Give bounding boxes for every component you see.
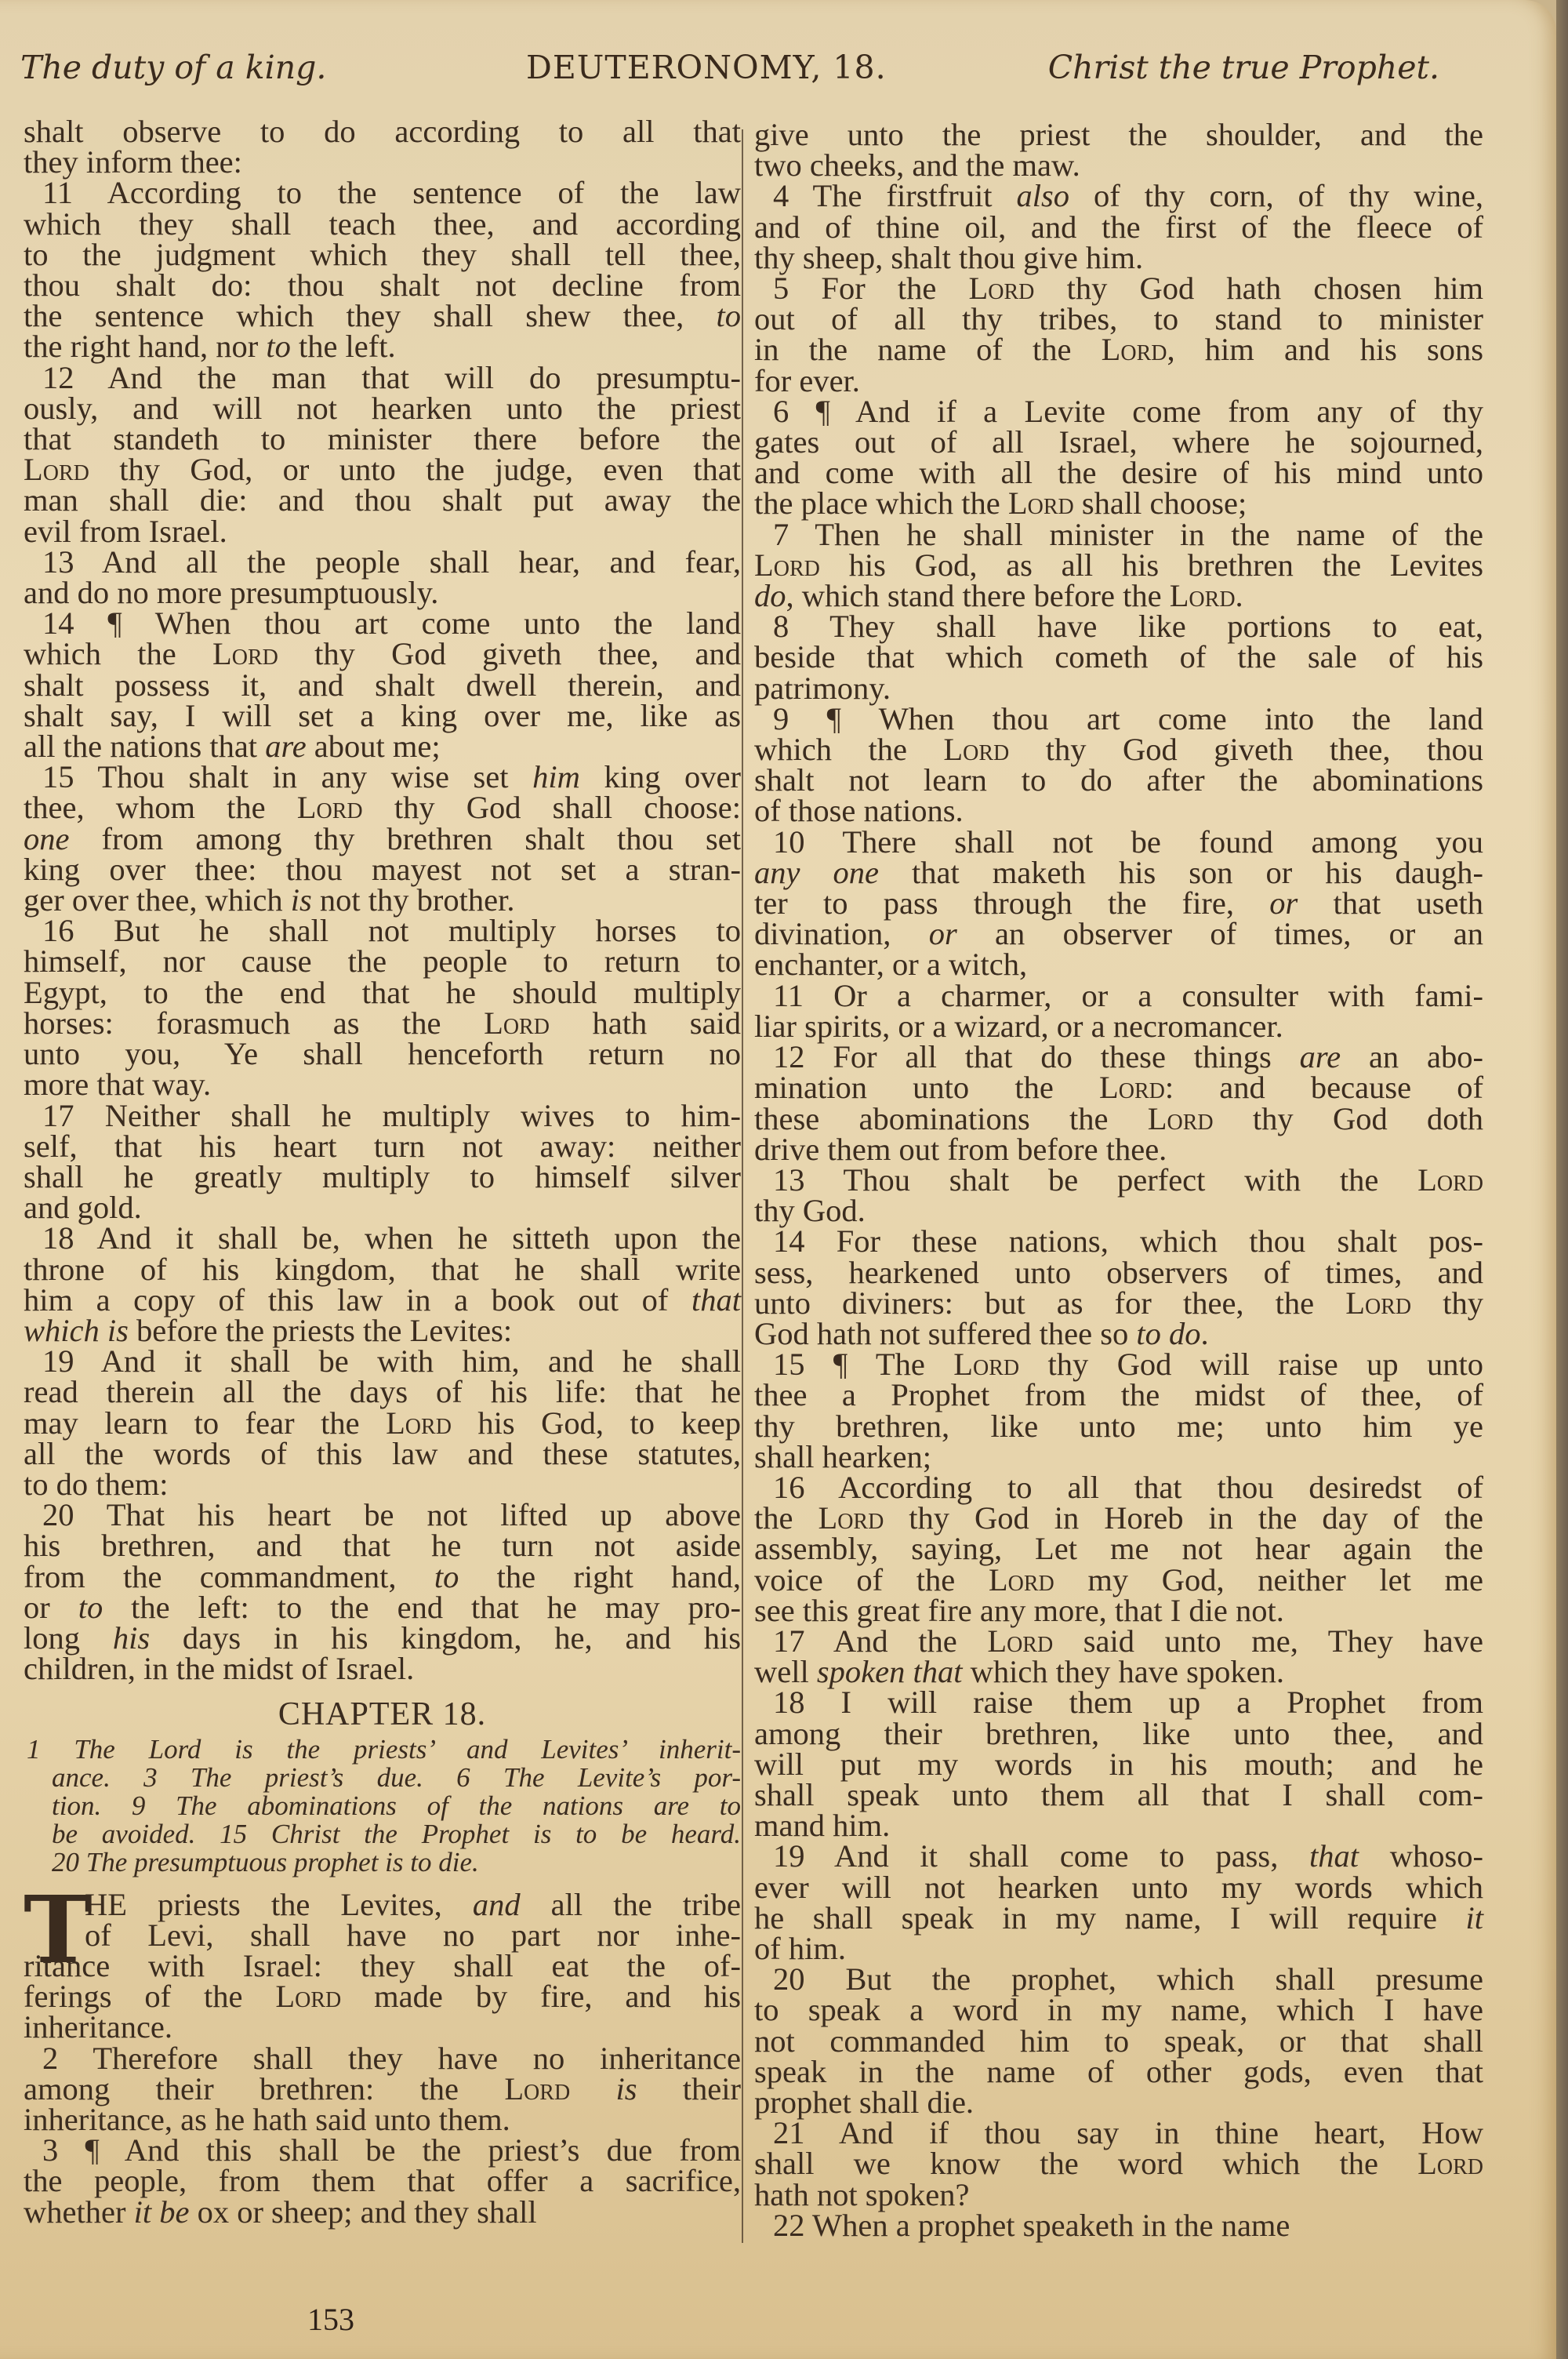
text-line: mination unto the Lord: and because of [754, 1072, 1483, 1103]
text-line: 3 ¶ And this shall be the priest’s due f… [24, 2135, 741, 2165]
text-line: horses: forasmuch as the Lord hath said [24, 1008, 741, 1038]
text-line: shall speak unto them all that I shall c… [754, 1779, 1483, 1810]
text-line: these abominations the Lord thy God doth [754, 1103, 1483, 1134]
text-line: inheritance. [24, 2012, 741, 2042]
text-line: man shall die: and thou shalt put away t… [24, 485, 741, 515]
text-line: will put my words in his mouth; and he [754, 1749, 1483, 1779]
text-line: gates out of all Israel, where he sojour… [754, 427, 1483, 457]
right-column: give unto the priest the shoulder, and t… [754, 119, 1483, 2241]
text-line: all the nations that are about me; [24, 731, 741, 761]
drop-cap: T [24, 1891, 93, 1969]
text-line: thy sheep, shalt thou give him. [754, 242, 1483, 273]
text-line: do, which stand there before the Lord. [754, 580, 1483, 611]
text-line: shalt observe to do according to all tha… [24, 116, 741, 147]
chapter-heading: CHAPTER 18. [24, 1699, 741, 1730]
text-line: to speak a word in my name, which I have [754, 1994, 1483, 2025]
text-line: 16 But he shall not multiply horses to [24, 915, 741, 946]
text-line: 12 And the man that will do presumptu- [24, 362, 741, 393]
text-line: shalt say, I will set a king over me, li… [24, 700, 741, 731]
summary-line: be avoided. 15 Christ the Prophet is to … [52, 1820, 741, 1848]
text-line: God hath not suffered thee so to do. [754, 1318, 1483, 1349]
text-run: thy God doth [1214, 1101, 1483, 1136]
text-line: thy brethren, like unto me; unto him ye [754, 1411, 1483, 1441]
text-line: shall we know the word which the Lord [754, 2148, 1483, 2179]
text-line: 17 And the Lord said unto me, They have [754, 1626, 1483, 1656]
text-line: 15 Thou shalt in any wise set him king o… [24, 761, 741, 792]
text-line: in the name of the Lord, him and his son… [754, 334, 1483, 365]
italic-word: that [691, 1282, 741, 1318]
chapter-18-verses: HE priests the Levites, and all the trib… [24, 1889, 741, 2227]
text-line: see this great fire any more, that I die… [754, 1595, 1483, 1626]
summary-line: ance. 3 The priest’s due. 6 The Levite’s… [52, 1764, 741, 1792]
text-run: their [637, 2071, 742, 2106]
italic-word: to [716, 298, 741, 333]
text-line: among their brethren: the Lord is their [24, 2074, 741, 2104]
small-caps-word: Lord [1417, 2146, 1483, 2181]
summary-line: tion. 9 The abominations of the nations … [52, 1792, 741, 1820]
text-line: 6 ¶ And if a Levite come from any of thy [754, 396, 1483, 427]
column-divider [742, 129, 743, 2243]
text-line: ger over thee, which is not thy brother. [24, 885, 741, 915]
text-line: which the Lord thy God giveth thee, and [24, 638, 741, 669]
text-line: ritance with Israel: they shall eat the … [24, 1950, 741, 1981]
text-line: of those nations. [754, 795, 1483, 826]
text-run [570, 2071, 615, 2106]
text-line: ferings of the Lord made by fire, and hi… [24, 1981, 741, 2012]
text-line: 2 Therefore shall they have no inheritan… [24, 2043, 741, 2074]
small-caps-word: Lord [1417, 1162, 1483, 1198]
text-line: of him. [754, 1933, 1483, 1964]
text-line: the right hand, nor to the left. [24, 331, 741, 362]
text-line: among their brethren, like unto thee, an… [754, 1718, 1483, 1749]
text-line: sess, hearkened unto observers of times,… [754, 1257, 1483, 1288]
text-line: thee, whom the Lord thy God shall choose… [24, 792, 741, 823]
text-line: unto diviners: but as for thee, the Lord… [754, 1288, 1483, 1318]
text-line: 11 According to the sentence of the law [24, 177, 741, 208]
text-line: shall he greatly multiply to himself sil… [24, 1161, 741, 1192]
text-line: ter to pass through the fire, or that us… [754, 888, 1483, 918]
text-run: , him and his sons [1167, 332, 1484, 367]
text-line: 20 But the prophet, which shall presume [754, 1964, 1483, 1994]
chapter-opening: T HE priests the Levites, and all the tr… [24, 1889, 741, 2227]
text-line: 5 For the Lord thy God hath chosen him [754, 273, 1483, 304]
small-caps-word: Lord [504, 2071, 570, 2106]
text-line: prophet shall die. [754, 2087, 1483, 2117]
text-line: 22 When a prophet speaketh in the name [754, 2210, 1483, 2241]
text-line: of Levi, shall have no part nor inhe- [24, 1920, 741, 1950]
text-line: himself, nor cause the people to return … [24, 946, 741, 976]
summary-line: 20 The presumptuous prophet is to die. [52, 1848, 741, 1877]
text-line: patrimony. [754, 673, 1483, 703]
text-line: and come with all the desire of his mind… [754, 457, 1483, 488]
text-line: 12 For all that do these things are an a… [754, 1041, 1483, 1072]
text-line: children, in the midst of Israel. [24, 1653, 741, 1684]
text-line: which the Lord thy God giveth thee, thou [754, 734, 1483, 765]
text-line: him a copy of this law in a book out of … [24, 1285, 741, 1315]
text-line: he shall speak in my name, I will requir… [754, 1903, 1483, 1933]
text-line: which they shall teach thee, and accordi… [24, 209, 741, 239]
text-line: divination, or an observer of times, or … [754, 918, 1483, 949]
book-page: The duty of a king. DEUTERONOMY, 18. Chr… [0, 0, 1556, 2359]
text-line: from the commandment, to the right hand, [24, 1561, 741, 1592]
text-line: and of thine oil, and the first of the f… [754, 212, 1483, 242]
text-line: Lord his God, as all his brethren the Le… [754, 550, 1483, 580]
text-line: read therein all the days of his life: t… [24, 1376, 741, 1407]
text-line: hath not spoken? [754, 2179, 1483, 2210]
text-line: for ever. [754, 365, 1483, 396]
text-line: one from among thy brethren shalt thou s… [24, 823, 741, 854]
text-line: drive them out from before thee. [754, 1134, 1483, 1165]
text-line: give unto the priest the shoulder, and t… [754, 119, 1483, 150]
text-line: thee a Prophet from the midst of thee, o… [754, 1379, 1483, 1410]
text-run: he shall speak in my name, I will requir… [754, 1900, 1465, 1936]
text-line: to do them: [24, 1469, 741, 1499]
page-edge-shadow [1556, 0, 1568, 2359]
text-line: or to the left: to the end that he may p… [24, 1592, 741, 1623]
text-line: the sentence which they shall shew thee,… [24, 300, 741, 331]
small-caps-word: Lord [1345, 1285, 1411, 1321]
text-line: voice of the Lord my God, neither let me [754, 1565, 1483, 1595]
text-line: 15 ¶ The Lord thy God will raise up unto [754, 1349, 1483, 1379]
text-line: long his days in his kingdom, he, and hi… [24, 1623, 741, 1653]
text-line: beside that which cometh of the sale of … [754, 642, 1483, 672]
text-line: 14 ¶ When thou art come unto the land [24, 608, 741, 638]
text-line: inheritance, as he hath said unto them. [24, 2104, 741, 2135]
text-line: Lord thy God, or unto the judge, even th… [24, 454, 741, 485]
text-line: 19 And it shall be with him, and he shal… [24, 1346, 741, 1376]
text-line: 11 Or a charmer, or a consulter with fam… [754, 980, 1483, 1011]
text-run: made by fire, and his [341, 1979, 741, 2014]
text-line: enchanter, or a witch, [754, 949, 1483, 980]
right-column-verses: give unto the priest the shoulder, and t… [754, 119, 1483, 2241]
text-line: which is before the priests the Levites: [24, 1315, 741, 1346]
text-line: king over thee: thou mayest not set a st… [24, 854, 741, 885]
text-line: whether it be ox or sheep; and they shal… [24, 2197, 741, 2227]
text-line: that standeth to minister there before t… [24, 423, 741, 454]
text-line: thou shalt do: thou shalt not decline fr… [24, 270, 741, 300]
text-run: thy [1411, 1285, 1483, 1321]
text-line: liar spirits, or a wizard, or a necroman… [754, 1011, 1483, 1041]
small-caps-word: Lord [275, 1979, 341, 2014]
text-line: and gold. [24, 1192, 741, 1223]
text-line: 18 I will raise them up a Prophet from [754, 1687, 1483, 1717]
text-run: whether [24, 2194, 134, 2230]
left-column-verses: shalt observe to do according to all tha… [24, 116, 741, 1684]
text-line: two cheeks, and the maw. [754, 150, 1483, 180]
text-line: shalt possess it, and shalt dwell therei… [24, 670, 741, 700]
chapter-summary: 1 The Lord is the priests’ and Levites’ … [24, 1736, 741, 1877]
text-line: 17 Neither shall he multiply wives to hi… [24, 1100, 741, 1131]
text-run: 22 When a prophet speaketh in the name [773, 2208, 1290, 2243]
text-line: 16 According to all that thou desiredst … [754, 1472, 1483, 1503]
text-line: 4 The firstfruit also of thy corn, of th… [754, 180, 1483, 211]
italic-word: is [615, 2071, 637, 2106]
text-line: the place which the Lord shall choose; [754, 488, 1483, 518]
text-line: ously, and will not hearken unto the pri… [24, 393, 741, 423]
text-line: mand him. [754, 1810, 1483, 1841]
text-line: throne of his kingdom, that he shall wri… [24, 1254, 741, 1285]
text-line: 7 Then he shall minister in the name of … [754, 519, 1483, 550]
text-line: speak in the name of other gods, even th… [754, 2056, 1483, 2087]
text-line: 20 That his heart be not lifted up above [24, 1499, 741, 1530]
text-line: the people, from them that offer a sacri… [24, 2165, 741, 2196]
running-head: The duty of a king. DEUTERONOMY, 18. Chr… [20, 49, 1439, 96]
text-line: may learn to fear the Lord his God, to k… [24, 1408, 741, 1438]
text-line: ever will not hearken unto my words whic… [754, 1872, 1483, 1903]
text-line: shall hearken; [754, 1441, 1483, 1472]
italic-word: it be [134, 2194, 190, 2230]
text-line: his brethren, and that he turn not aside [24, 1530, 741, 1561]
text-run: children, in the midst of Israel. [24, 1651, 414, 1686]
running-head-book-chapter: DEUTERONOMY, 18. [526, 49, 887, 86]
text-line: unto you, Ye shall henceforth return no [24, 1038, 741, 1069]
text-line: out of all thy tribes, to stand to minis… [754, 304, 1483, 334]
page-number: 153 [307, 2301, 354, 2338]
text-line: well spoken that which they have spoken. [754, 1656, 1483, 1687]
italic-word: it [1465, 1900, 1483, 1936]
summary-line: 1 The Lord is the priests’ and Levites’ … [27, 1736, 741, 1764]
text-line: 13 Thou shalt be perfect with the Lord [754, 1165, 1483, 1195]
text-line: to the judgment which they shall tell th… [24, 239, 741, 270]
text-line: HE priests the Levites, and all the trib… [24, 1889, 741, 1920]
text-run: ox or sheep; and they shall [189, 2194, 536, 2230]
text-line: 18 And it shall be, when he sitteth upon… [24, 1223, 741, 1253]
text-run: an observer of times, or an [957, 916, 1483, 951]
text-line: not commanded him to speak, or that shal… [754, 2026, 1483, 2056]
text-line: 19 And it shall come to pass, that whoso… [754, 1841, 1483, 1871]
text-line: 14 For these nations, which thou shalt p… [754, 1226, 1483, 1256]
text-line: assembly, saying, Let me not hear again … [754, 1533, 1483, 1564]
running-head-left: The duty of a king. [20, 49, 326, 86]
text-run: 13 Thou shalt be perfect with the [773, 1162, 1417, 1198]
small-caps-word: Lord [1102, 332, 1167, 367]
text-line: the Lord thy God in Horeb in the day of … [754, 1503, 1483, 1533]
text-line: 21 And if thou say in thine heart, How [754, 2117, 1483, 2148]
text-line: evil from Israel. [24, 516, 741, 547]
text-line: 13 And all the people shall hear, and fe… [24, 547, 741, 577]
text-line: more that way. [24, 1069, 741, 1100]
text-line: all the words of this law and these stat… [24, 1438, 741, 1469]
left-column: shalt observe to do according to all tha… [24, 116, 741, 2227]
text-line: 8 They shall have like portions to eat, [754, 611, 1483, 642]
text-line: and do no more presumptuously. [24, 577, 741, 608]
text-line: they inform thee: [24, 147, 741, 177]
running-head-right: Christ the true Prophet. [1048, 49, 1439, 86]
text-line: any one that maketh his son or his daugh… [754, 857, 1483, 888]
text-line: Egypt, to the end that he should multipl… [24, 977, 741, 1008]
text-line: 9 ¶ When thou art come into the land [754, 703, 1483, 734]
text-line: thy God. [754, 1195, 1483, 1226]
text-line: self, that his heart turn not away: neit… [24, 1131, 741, 1161]
text-line: shalt not learn to do after the abominat… [754, 765, 1483, 795]
text-line: 10 There shall not be found among you [754, 827, 1483, 857]
